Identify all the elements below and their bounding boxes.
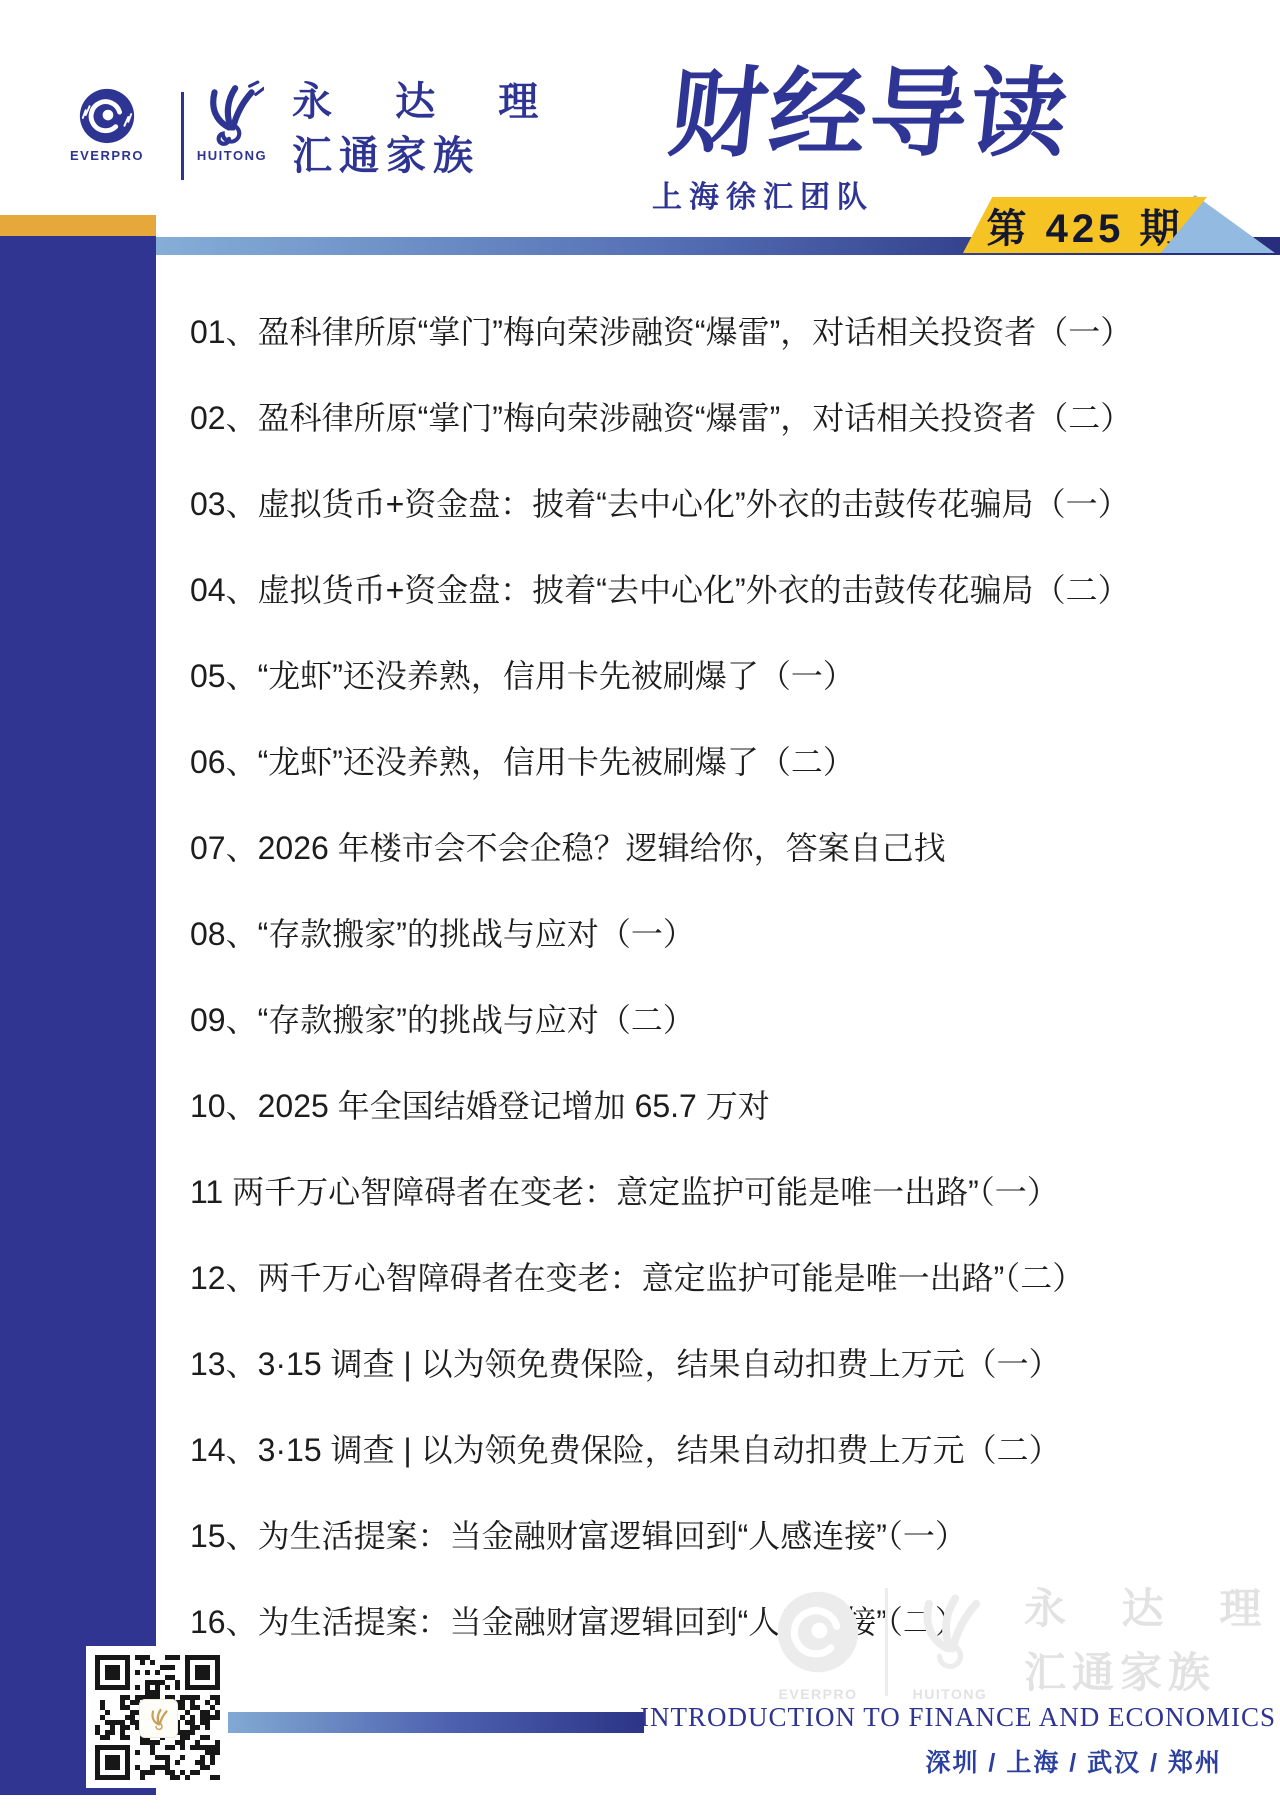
footer-cities: 深圳 / 上海 / 武汉 / 郑州 [640, 1743, 1222, 1779]
article-list-item: 02、盈科律所原“掌门”梅向荣涉融资“爆雷”，对话相关投资者（二） [190, 373, 1240, 459]
article-list-item: 05、“龙虾”还没养熟，信用卡先被刷爆了（一） [190, 631, 1240, 717]
team-name: 上海徐汇团队 [652, 172, 880, 216]
watermark-huitong-label: HUITONG [908, 1686, 992, 1702]
company-name-line1: 永 达 理 [292, 78, 564, 126]
company-name-line2: 汇通家族 [292, 132, 564, 180]
left-navy-column [0, 236, 156, 1795]
everpro-logo-label: EVERPRO [58, 148, 156, 163]
article-list: 01、盈科律所原“掌门”梅向荣涉融资“爆雷”，对话相关投资者（一）02、盈科律所… [190, 287, 1240, 1663]
article-list-item: 12、两千万心智障碍者在变老：意定监护可能是唯一出路”（二） [190, 1233, 1240, 1319]
article-list-item: 01、盈科律所原“掌门”梅向荣涉融资“爆雷”，对话相关投资者（一） [190, 287, 1240, 373]
watermark-huitong-icon [908, 1588, 992, 1672]
footer-gradient-bar [227, 1712, 644, 1733]
article-list-item: 08、“存款搬家”的挑战与应对（一） [190, 889, 1240, 975]
page-title: 财经导读 [658, 58, 1076, 170]
article-list-item: 11 两千万心智障碍者在变老：意定监护可能是唯一出路”（一） [190, 1147, 1240, 1233]
article-list-item: 03、虚拟货币+资金盘：披着“去中心化”外衣的击鼓传花骗局（一） [190, 459, 1240, 545]
article-list-item: 10、2025 年全国结婚登记增加 65.7 万对 [190, 1061, 1240, 1147]
article-list-item: 13、3·15 调查 | 以为领免费保险，结果自动扣费上万元（一） [190, 1319, 1240, 1405]
watermark-company-line1: 永 达 理 [1024, 1584, 1280, 1634]
article-list-item: 06、“龙虾”还没养熟，信用卡先被刷爆了（二） [190, 717, 1240, 803]
company-name: 永 达 理 汇通家族 [292, 78, 564, 180]
qr-wing-icon [147, 1707, 171, 1731]
huitong-logo-label: HUITONG [196, 148, 268, 163]
everpro-logo-icon [76, 85, 138, 147]
gold-corner-bar [0, 215, 156, 236]
watermark-everpro-icon [772, 1586, 864, 1678]
issue-badge-label: 第 425 期 [987, 197, 1184, 254]
qr-center-logo [139, 1699, 178, 1738]
watermark-company-line2: 汇通家族 [1024, 1648, 1280, 1698]
watermark-company-name: 永 达 理 汇通家族 [1024, 1584, 1280, 1698]
newsletter-cover: EVERPRO HUITONG 永 达 理 汇通家族 财经导读 上海徐汇团队 第… [0, 0, 1280, 1810]
article-list-item: 14、3·15 调查 | 以为领免费保险，结果自动扣费上万元（二） [190, 1405, 1240, 1491]
logo-divider [181, 92, 184, 180]
brand-watermark: EVERPRO HUITONG 永 达 理 汇通家族 [772, 1578, 1232, 1713]
article-list-item: 15、为生活提案：当金融财富逻辑回到“人感连接”（一） [190, 1491, 1240, 1577]
huitong-logo-icon [198, 80, 264, 146]
article-list-item: 07、2026 年楼市会不会企稳？逻辑给你，答案自己找 [190, 803, 1240, 889]
watermark-divider [885, 1588, 888, 1696]
article-list-item: 09、“存款搬家”的挑战与应对（二） [190, 975, 1240, 1061]
watermark-everpro-label: EVERPRO [772, 1686, 864, 1702]
article-list-item: 04、虚拟货币+资金盘：披着“去中心化”外衣的击鼓传花骗局（二） [190, 545, 1240, 631]
